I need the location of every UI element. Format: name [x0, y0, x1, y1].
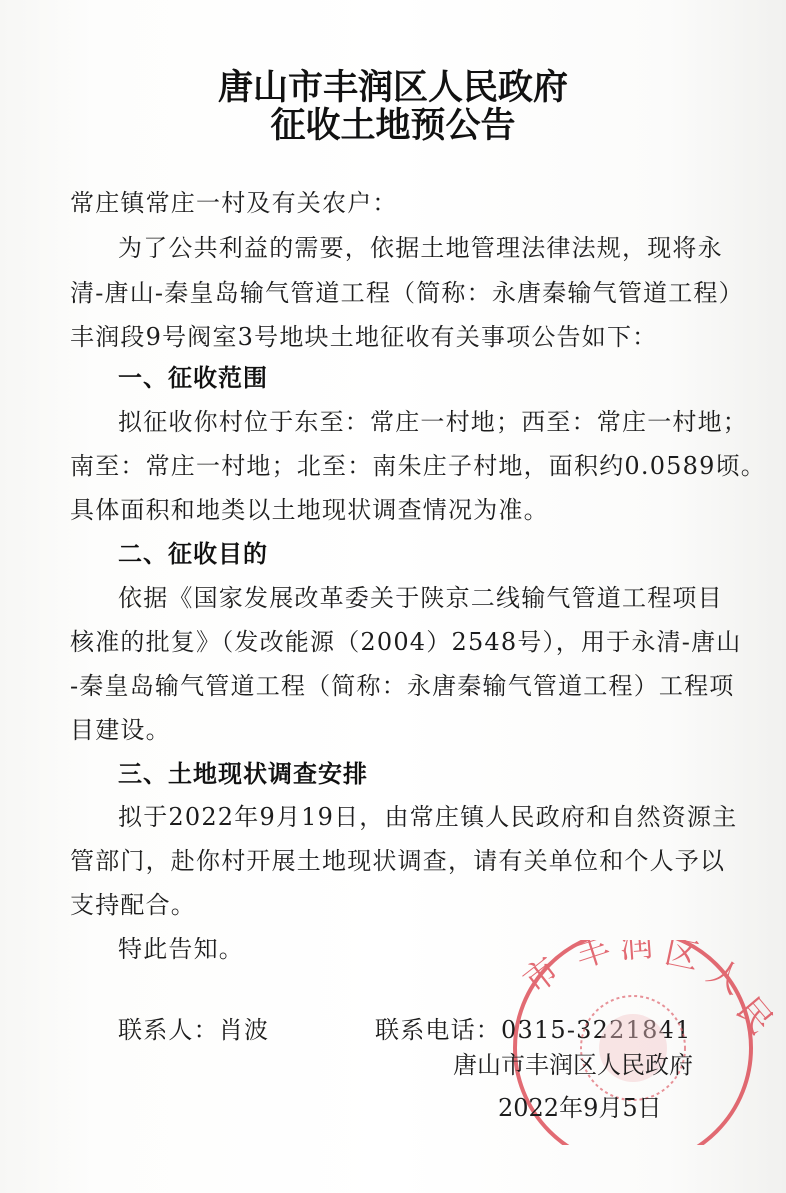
section-2-heading: 二、征收目的: [118, 534, 268, 569]
section-3-line-1: 拟于2022年9月19日，由常庄镇人民政府和自然资源主: [118, 797, 737, 832]
section-1-heading: 一、征收范围: [118, 358, 268, 393]
section-2-line-4: 目建设。: [70, 710, 171, 745]
document-page: 唐山市丰润区人民政府 征收土地预公告 常庄镇常庄一村及有关农户： 为了公共利益的…: [0, 0, 786, 1193]
section-3-heading: 三、土地现状调查安排: [118, 754, 368, 789]
section-1-line-3: 具体面积和地类以土地现状调查情况为准。: [70, 490, 549, 525]
section-2-line-2: 核准的批复》（发改能源（2004）2548号），用于永清-唐山: [70, 622, 741, 657]
section-1-line-2: 南至：常庄一村地；北至：南朱庄子村地，面积约0.0589顷。: [70, 446, 766, 481]
section-2-line-1: 依据《国家发展改革委关于陕京二线输气管道工程项目: [118, 578, 723, 613]
document-title-line2: 征收土地预公告: [0, 98, 786, 148]
svg-text:民: 民: [728, 990, 780, 1042]
intro-line-1: 为了公共利益的需要，依据土地管理法律法规，现将永: [118, 228, 723, 263]
svg-text:区: 区: [661, 940, 703, 978]
section-3-line-2: 管部门，赴你村开展土地现状调查，请有关单位和个人予以: [70, 841, 725, 876]
section-3-line-3: 支持配合。: [70, 885, 196, 920]
svg-text:润: 润: [618, 940, 655, 967]
closing-text: 特此告知。: [118, 929, 244, 964]
svg-text:丰: 丰: [570, 940, 615, 977]
addressee: 常庄镇常庄一村及有关农户：: [70, 183, 398, 218]
intro-line-2: 清-唐山-秦皇岛输气管道工程（简称：永唐秦输气管道工程）: [70, 273, 744, 308]
signature-date: 2022年9月5日: [498, 1088, 662, 1123]
section-1-line-1: 拟征收你村位于东至：常庄一村地；西至：常庄一村地；: [118, 402, 748, 437]
section-2-line-3: -秦皇岛输气管道工程（简称：永唐秦输气管道工程）工程项: [70, 666, 735, 701]
contact-person: 联系人：肖波: [118, 1010, 269, 1045]
signature-organization: 唐山市丰润区人民政府: [453, 1045, 693, 1080]
intro-line-3: 丰润段9号阀室3号地块土地征收有关事项公告如下：: [70, 317, 657, 352]
